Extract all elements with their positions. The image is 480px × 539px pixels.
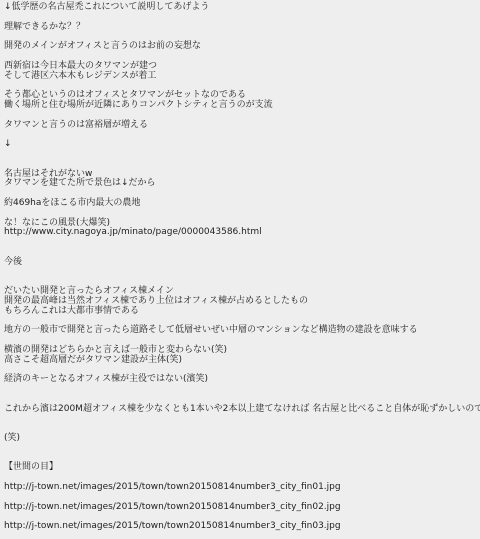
text-line: 理解できるかな？？ [4,23,478,33]
blank-line [4,385,478,395]
text-line: 【世間の目】 [4,463,478,473]
text-document: ↓低学歴の名古屋禿これについて説明してあげよう理解できるかな？？開発のメインがオ… [0,0,480,532]
text-line: 経済のキーとなるオフィス棟が主役ではない(濱笑) [4,375,478,385]
text-line: タワマンを建てた所で景色は↓だから [4,179,478,189]
text-line: タワマンと言うのは富裕層が増える [4,121,478,131]
blank-line [4,268,478,278]
blank-line [4,454,478,464]
text-line: 地方の一般市で開発と言ったら道路そして低層せいぜい中層のマンションなど構造物の建… [4,326,478,336]
blank-line [4,238,478,248]
text-line: (笑) [4,434,478,444]
text-line: もちろんこれは大都市事情である [4,307,478,317]
blank-line [4,248,478,258]
url-text-line: http://j-town.net/images/2015/town/town2… [4,483,478,493]
blank-line [4,444,478,454]
text-line: ↓ [4,140,478,150]
text-line: ↓低学歴の名古屋禿これについて説明してあげよう [4,3,478,13]
text-line: 開発のメインがオフィスと言うのはお前の妄想な [4,42,478,52]
text-line: これから濱は200M超オフィス棟を少なくとも1本いや2本以上建てなければ 名古屋… [4,405,478,415]
text-line: 高さこそ超高層だがタワマン建設が主体(笑) [4,356,478,366]
blank-line [4,130,478,140]
url-text-line: http://j-town.net/images/2015/town/town2… [4,522,478,532]
text-line: そして港区六本木もレジデンスが着工 [4,72,478,82]
blank-line [4,414,478,424]
text-line: 約469haをほこる市内最大の農地 [4,199,478,209]
text-line: 今後 [4,258,478,268]
text-line: 働く場所と住む場所が近隣にありコンパクトシティと言うのが支流 [4,101,478,111]
url-text-line: http://www.city.nagoya.jp/minato/page/00… [4,228,478,238]
blank-line [4,150,478,160]
url-text-line: http://j-town.net/images/2015/town/town2… [4,503,478,513]
blank-line [4,424,478,434]
